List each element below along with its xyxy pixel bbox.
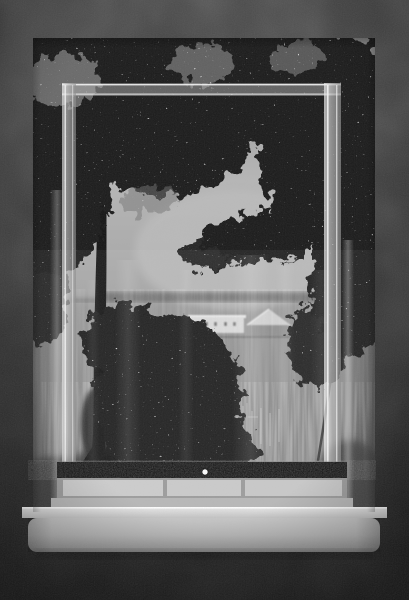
photo-grain bbox=[0, 0, 409, 600]
artwork-canvas bbox=[0, 0, 409, 600]
artwork-window-view bbox=[0, 0, 409, 600]
